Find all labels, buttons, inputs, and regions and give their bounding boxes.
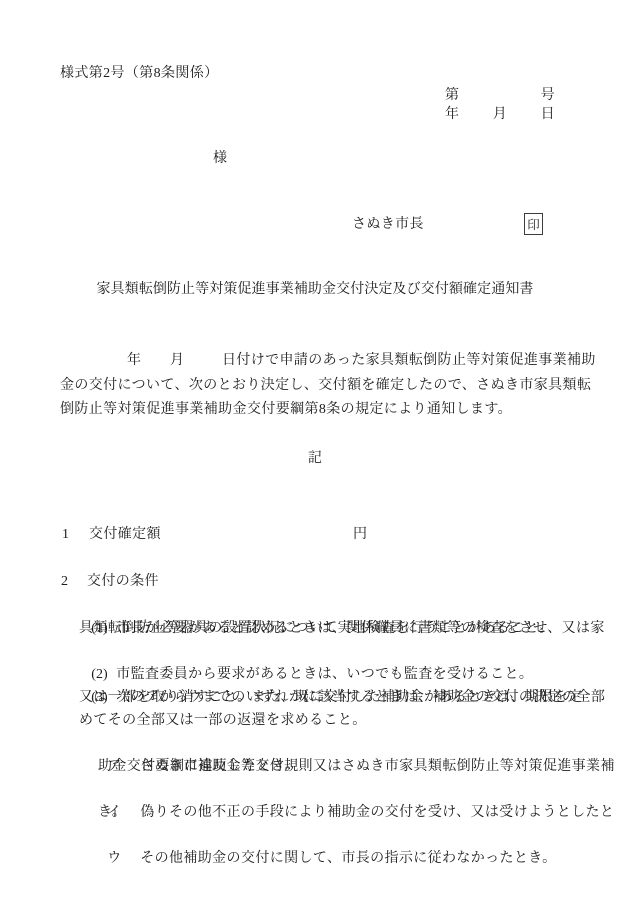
subitem-u-line-1: ウその他補助金の交付に関して、市長の指示に従わなかったとき。 [84,824,556,893]
date-day-label: 日 [541,105,555,125]
doc-number-suffix: 号 [541,86,555,106]
condition-3-line-2: 又は一部を取り消すこと。また、既に交付した補助金があるときは、期限を定 [79,686,582,709]
notice-document-page: 様式第2号（第8条関係） 第 号 年 月 日 様 さぬき市長 印 家具類転倒防止… [0,0,630,903]
intro-month-label: 月 [170,351,184,371]
condition-3-line-3: めてその全部又は一部の返還を求めること。 [79,709,367,732]
section-1-label: 交付確定額 [89,525,161,545]
section-1-number: 1 [62,525,69,545]
intro-line-2: 金の交付について、次のとおり決定し、交付額を確定したので、さぬき市家具類転 [60,376,591,396]
doc-number-prefix: 第 [445,86,459,106]
ki-separator: 記 [0,449,630,469]
intro-year-label: 年 [127,351,141,371]
subitem-u-label: ウ [107,847,140,870]
section-2-number: 2 [61,570,68,593]
subitem-u-text: その他補助金の交付に関して、市長の指示に従わなかったとき。 [140,851,556,866]
issuer-name: さぬき市長 [352,215,424,235]
date-month-label: 月 [493,105,507,125]
seal-box: 印 [524,213,543,235]
form-number-label: 様式第2号（第8条関係） [60,64,219,84]
section-2-label: 交付の条件 [87,570,159,593]
date-year-label: 年 [445,105,459,125]
seal-mark: 印 [527,215,540,233]
condition-1-line-2: 具類転倒防止等器具の設置状況について実地検査を行うことがあること。 [79,617,553,640]
intro-line-1: 年 月 日付けで申請のあった家具類転倒防止等対策促進事業補助 [0,351,630,371]
document-title: 家具類転倒防止等対策促進事業補助金交付決定及び交付額確定通知書 [0,280,630,300]
addressee-honorific: 様 [213,149,227,169]
subitem-a-line-2: 助金交付要綱に違反したとき。 [98,755,299,778]
intro-line-1-text: 日付けで申請のあった家具類転倒防止等対策促進事業補助 [222,351,596,371]
subitem-i-text: 偽りその他不正の手段により補助金の交付を受け、又は受けようとしたと [140,805,614,820]
doc-number-line: 第 号 [445,86,555,106]
subitem-i-line-2: き。 [98,801,126,824]
date-line: 年 月 日 [445,105,555,125]
section-1-unit: 円 [353,525,367,545]
intro-line-3: 倒防止等対策促進事業補助金交付要綱第8条の規定により通知します。 [60,400,512,420]
